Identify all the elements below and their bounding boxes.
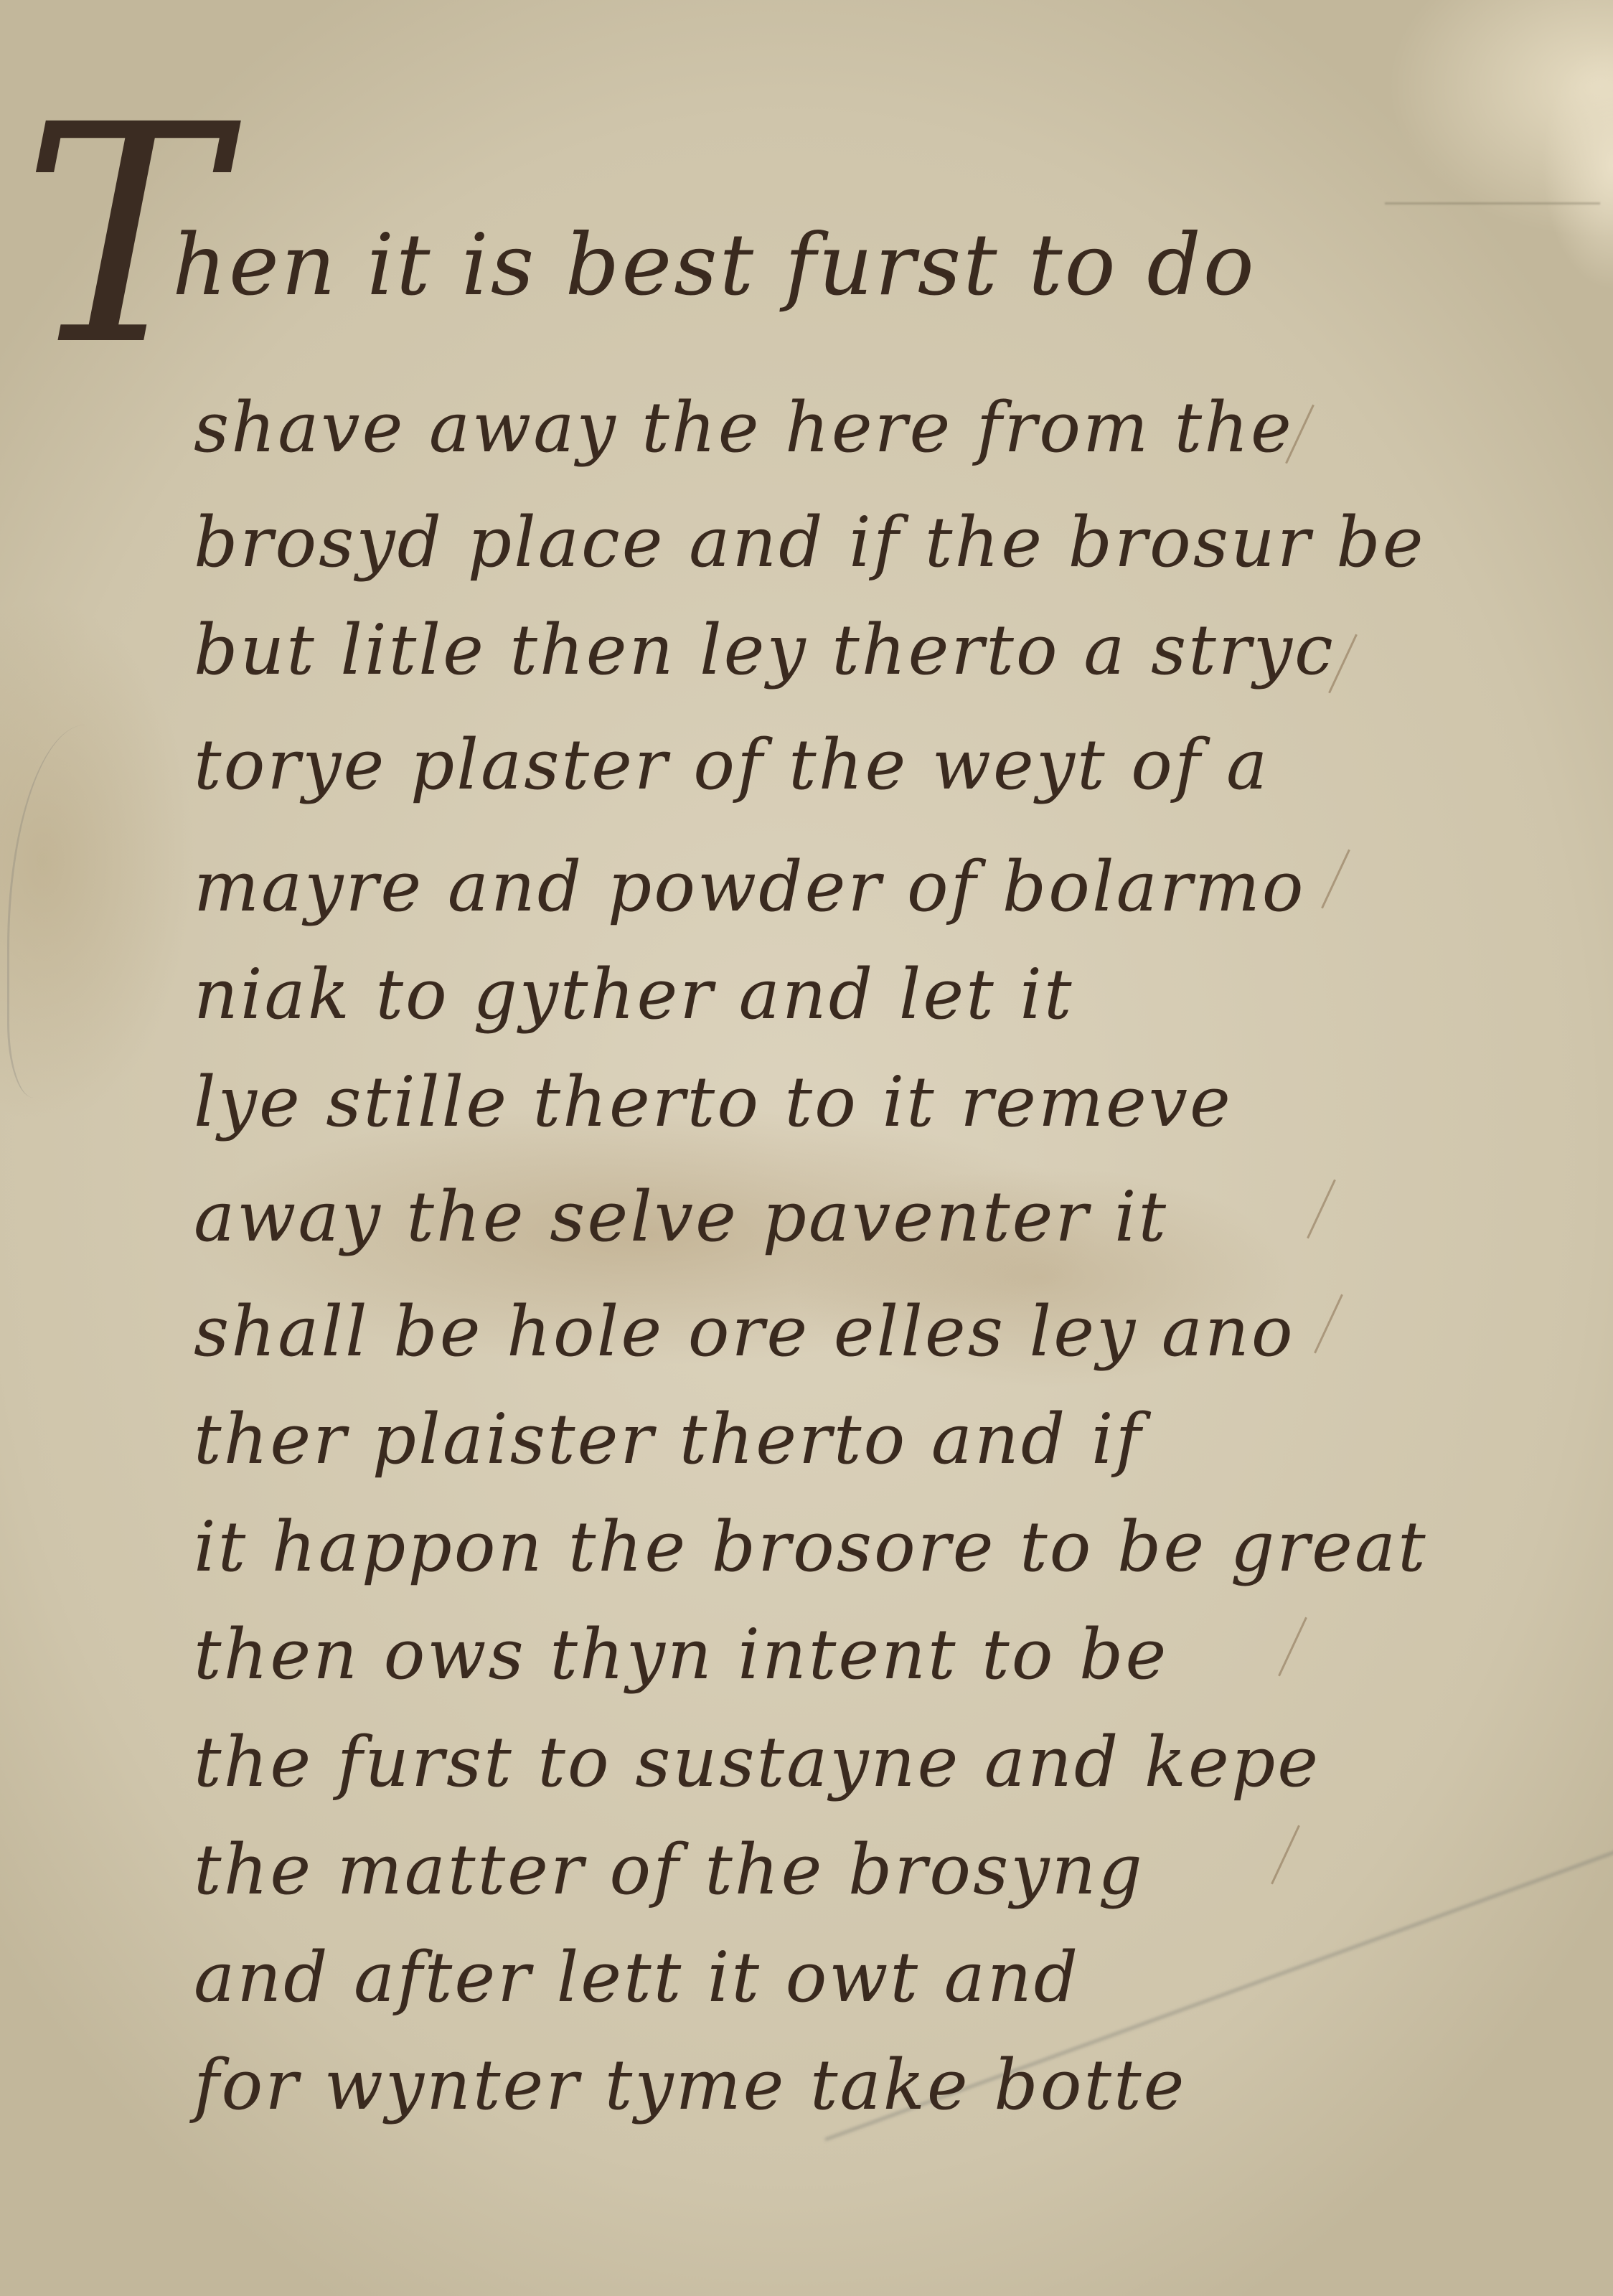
text-line-7: niak to gyther and let it [194, 954, 1074, 1035]
line-filler-stroke [1278, 1617, 1307, 1677]
text-line-11: ther plaister therto and if [194, 1399, 1143, 1479]
handwritten-text: T hen it is best furst to do shave away … [0, 0, 1613, 2296]
text-line-4: but litle then ley therto a stryc [194, 610, 1335, 690]
text-line-14: the furst to sustayne and kepe [194, 1722, 1320, 1802]
text-line-1: hen it is best furst to do [172, 215, 1256, 314]
text-line-6: mayre and powder of bolarmo [194, 847, 1306, 927]
text-line-3: brosyd place and if the brosur be [194, 502, 1426, 583]
line-filler-stroke [1271, 1825, 1300, 1885]
line-filler-stroke [1307, 1180, 1336, 1239]
text-line-5: torye plaster of the weyt of a [194, 725, 1269, 805]
text-line-10: shall be hole ore elles ley ano [194, 1291, 1295, 1372]
text-line-8: lye stille therto to it remeve [194, 1062, 1233, 1142]
line-filler-stroke [1314, 1294, 1343, 1354]
line-filler-stroke [1321, 850, 1350, 909]
text-line-17: for wynter tyme take botte [194, 2045, 1186, 2125]
text-line-9: away the selve paventer it [194, 1177, 1168, 1257]
manuscript-page: T hen it is best furst to do shave away … [0, 0, 1613, 2296]
text-line-16: and after lett it owt and [194, 1937, 1080, 2018]
text-line-13: then ows thyn intent to be [194, 1614, 1168, 1695]
text-line-15: the matter of the brosyng [194, 1830, 1144, 1910]
text-line-2: shave away the here from the [194, 387, 1294, 468]
text-line-12: it happon the brosore to be great [194, 1507, 1428, 1587]
